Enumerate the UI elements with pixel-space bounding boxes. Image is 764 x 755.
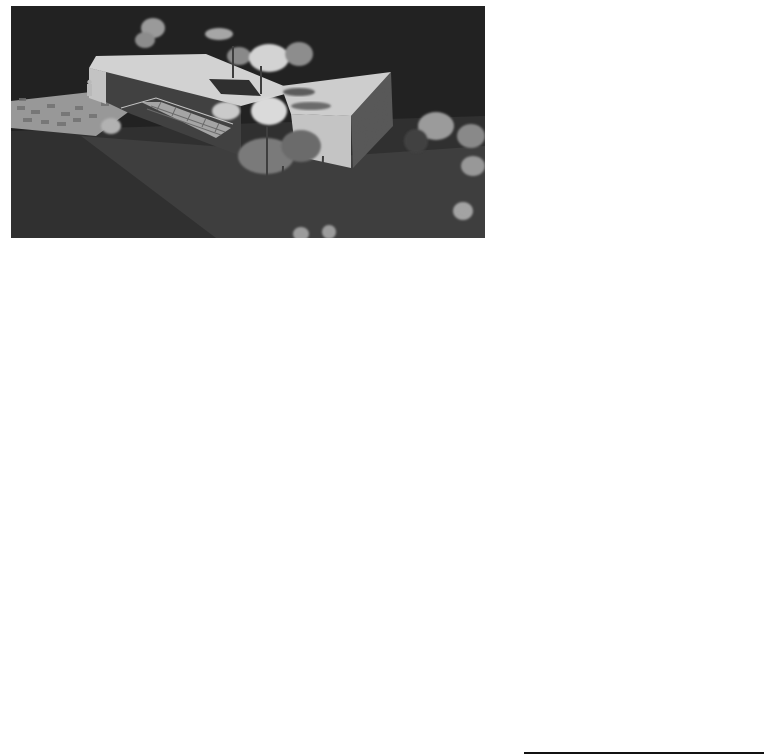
photo-illustration	[11, 6, 485, 238]
footnote-separator-rule	[524, 752, 764, 754]
architectural-model-photo	[11, 6, 485, 238]
